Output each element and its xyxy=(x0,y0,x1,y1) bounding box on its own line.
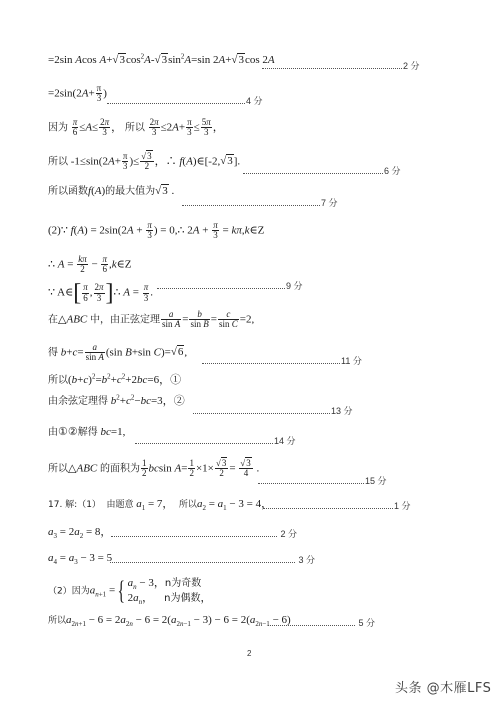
solution-line-8: ∵ A∈[π6,2π3]∴ A = π3. xyxy=(48,281,153,305)
solution-line-9: 在△ABC 中，由正弦定理asin A=bsin B=csin C=2, xyxy=(48,310,254,330)
page-number: 2 xyxy=(247,649,251,658)
watermark: 头条 @木雁LFS xyxy=(395,677,491,696)
score-mark-14: 14 分 xyxy=(135,437,296,446)
solution-line-4: 所以 -1≤sin(2A+π3)≤√32，∴ f(A)∈[-2,√3]. xyxy=(48,152,240,172)
solution-line-1: =2sin Acos A+√3cos2A-√3sin2A=sin 2A+√3co… xyxy=(48,55,275,66)
score-mark-15: 15 分 xyxy=(258,477,387,486)
solution-line-q17-2: a3 = 2a2 = 8， xyxy=(48,527,111,538)
score-mark-5: 5 分 xyxy=(268,619,375,628)
solution-line-11: 所以(b+c)2=b2+c2+2bc=6，① xyxy=(48,375,181,386)
score-mark-6: 6 分 xyxy=(243,167,401,176)
solution-line-3: 因为 π6≤A≤2π3， 所以 2π3≤2A+π3≤5π3， xyxy=(48,118,224,138)
solution-line-14: 所以△ABC 的面积为12bcsin A=12×1×√32= √34 . xyxy=(48,459,259,479)
score-mark-3: 3 分 xyxy=(110,556,315,565)
solution-line-10: 得 b+c=asin A(sin B+sin C)=√6, xyxy=(48,343,187,363)
solution-line-5: 所以函数f(A)的最大值为√3 . xyxy=(48,186,174,197)
solution-line-2: =2sin(2A+π3) xyxy=(48,84,107,104)
solution-line-q17-5: 所以a2n+1 − 6 = 2a2n − 6 = 2(a2n−1 − 3) − … xyxy=(48,615,291,626)
score-mark-11: 11 分 xyxy=(202,357,362,366)
solution-line-7: ∴ A = kπ2 − π6,k∈Z xyxy=(48,255,131,275)
solution-line-6: (2)∵ f(A) = 2sin(2A + π3) = 0,∴ 2A + π3 … xyxy=(48,221,264,241)
solution-line-q17-3: a4 = a3 − 3 = 5 xyxy=(48,553,112,564)
score-mark-2: 2 分 xyxy=(262,62,420,71)
score-mark-2b: 2 分 xyxy=(111,530,297,539)
solution-line-q17-4: （2）因为an+1 ={an − 3，n为奇数2an， n为偶数， xyxy=(48,576,211,606)
score-mark-1: 1 分 xyxy=(263,502,411,511)
score-mark-4: 4 分 xyxy=(107,97,263,106)
score-mark-13: 13 分 xyxy=(193,407,353,416)
solution-line-12: 由余弦定理得 b2+c2−bc=3，② xyxy=(48,396,185,407)
solution-line-q17-1: 17. 解:（1） 由题意 a1 = 7， 所以a2 = a1 − 3 = 4， xyxy=(48,499,272,510)
score-mark-9: 9 分 xyxy=(157,282,303,291)
solution-line-13: 由①②解得 bc=1, xyxy=(48,427,125,438)
score-mark-7: 7 分 xyxy=(182,199,338,208)
